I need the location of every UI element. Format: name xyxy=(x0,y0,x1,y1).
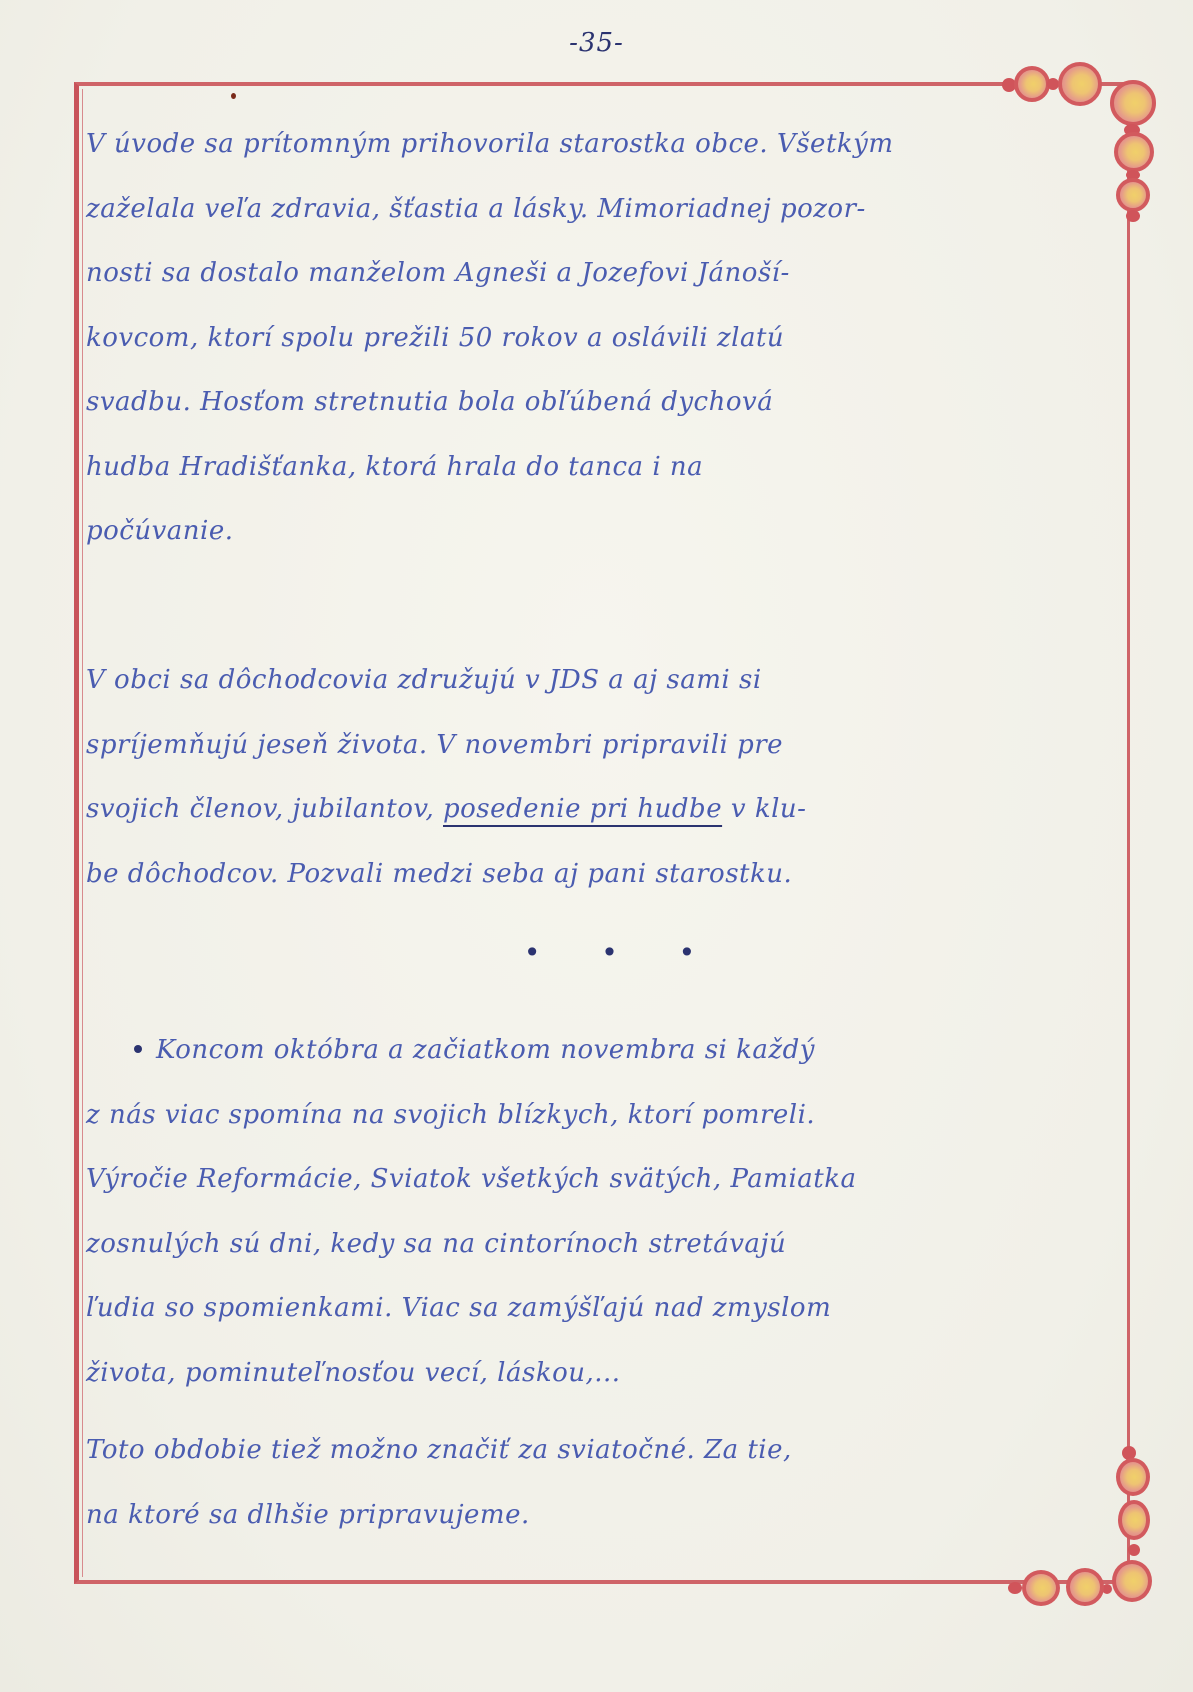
text-line: svojich členov, jubilantov, posedenie pr… xyxy=(86,777,1126,842)
bead-knot-icon xyxy=(1126,210,1140,222)
text-line: Koncom októbra a začiatkom novembra si k… xyxy=(86,1018,1126,1083)
paragraph-3: Koncom októbra a začiatkom novembra si k… xyxy=(86,1018,1126,1405)
bead-knot-icon xyxy=(1008,1582,1022,1594)
paragraph-4: Toto obdobie tiež možno značiť za sviato… xyxy=(86,1418,1126,1547)
bead-icon xyxy=(1058,62,1102,106)
text-line: V obci sa dôchodcovia združujú v JDS a a… xyxy=(86,648,1126,713)
bullet-dot-icon xyxy=(134,1045,142,1053)
text-line: počúvanie. xyxy=(86,499,1126,564)
paragraph-2: V obci sa dôchodcovia združujú v JDS a a… xyxy=(86,648,1126,906)
text-segment: Koncom októbra a začiatkom novembra si k… xyxy=(156,1035,815,1065)
bead-icon xyxy=(1014,66,1050,102)
text-line: zosnulých sú dni, kedy sa na cintorínoch… xyxy=(86,1212,1126,1277)
text-line: kovcom, ktorí spolu prežili 50 rokov a o… xyxy=(86,306,1126,371)
section-separator: • • • xyxy=(0,936,1193,969)
text-line: svadbu. Hosťom stretnutia bola obľúbená … xyxy=(86,370,1126,435)
text-line: ľudia so spomienkami. Viac sa zamýšľajú … xyxy=(86,1276,1126,1341)
text-line: Výročie Reformácie, Sviatok všetkých svä… xyxy=(86,1147,1126,1212)
notebook-page: -35- V úvode sa prítomným prihovorila st… xyxy=(0,0,1193,1692)
bead-icon xyxy=(1112,1560,1152,1602)
text-line: života, pominuteľnosťou vecí, láskou,... xyxy=(86,1341,1126,1406)
text-segment: svojich členov, jubilantov, xyxy=(86,794,434,824)
text-line: zaželala veľa zdravia, šťastia a lásky. … xyxy=(86,177,1126,242)
bead-knot-icon xyxy=(1128,1544,1140,1556)
text-line: na ktoré sa dlhšie pripravujeme. xyxy=(86,1483,1126,1548)
text-segment: v klu- xyxy=(731,794,807,824)
text-line: be dôchodcov. Pozvali medzi seba aj pani… xyxy=(86,842,1126,907)
text-line: Toto obdobie tiež možno značiť za sviato… xyxy=(86,1418,1126,1483)
bead-icon xyxy=(1066,1568,1104,1606)
text-line: hudba Hradišťanka, ktorá hrala do tanca … xyxy=(86,435,1126,500)
text-line: spríjemňujú jeseň života. V novembri pri… xyxy=(86,713,1126,778)
underlined-phrase: posedenie pri hudbe xyxy=(443,794,722,824)
text-line: nosti sa dostalo manželom Agneši a Jozef… xyxy=(86,241,1126,306)
page-number: -35- xyxy=(0,28,1193,58)
paragraph-1: V úvode sa prítomným prihovorila starost… xyxy=(86,112,1126,564)
text-line: V úvode sa prítomným prihovorila starost… xyxy=(86,112,1126,177)
text-line: z nás viac spomína na svojich blízkych, … xyxy=(86,1083,1126,1148)
ink-dot xyxy=(231,93,236,99)
bead-icon xyxy=(1022,1570,1060,1606)
